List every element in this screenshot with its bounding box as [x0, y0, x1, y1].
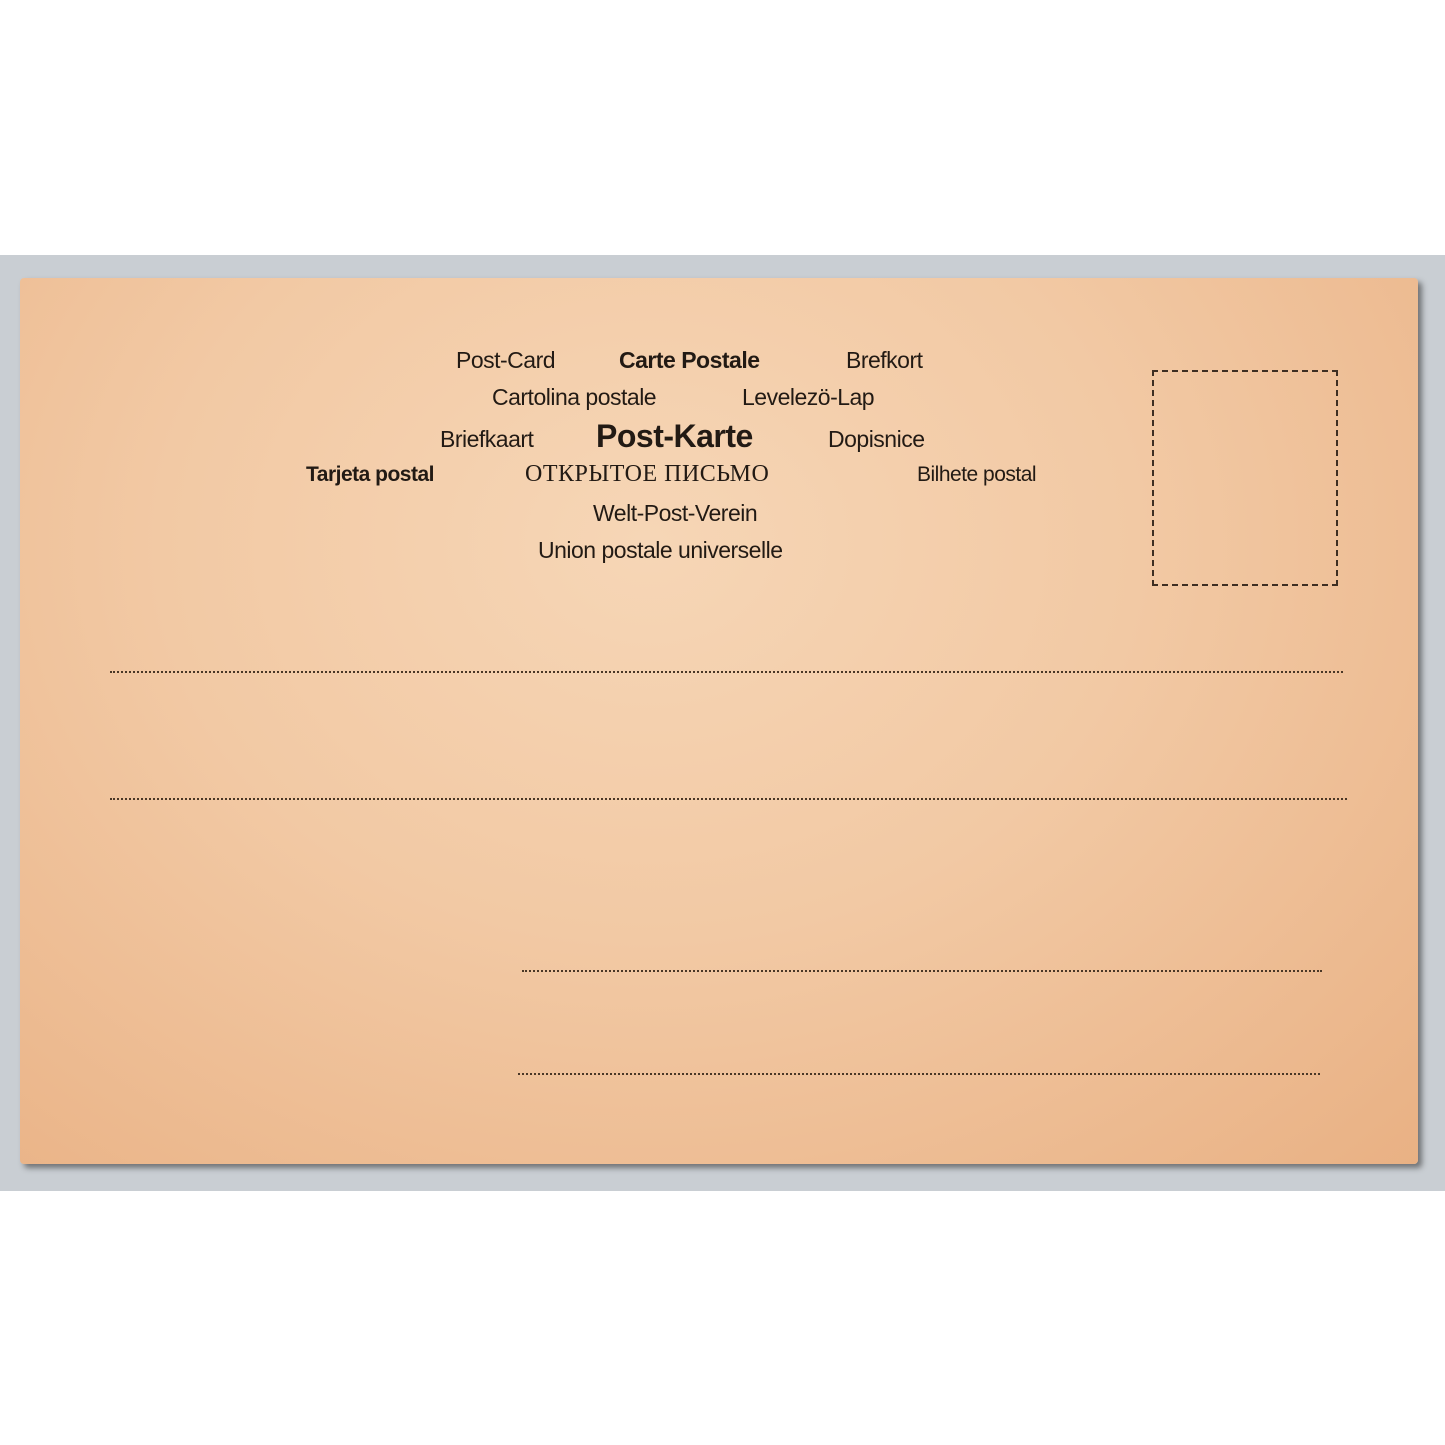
- address-line-2: [110, 798, 1347, 800]
- label-dopisnice: Dopisnice: [828, 426, 925, 453]
- label-union-postale: Union postale universelle: [538, 537, 783, 564]
- label-brefkort: Brefkort: [846, 347, 923, 374]
- address-line-4: [518, 1073, 1320, 1075]
- stamp-box: [1152, 370, 1338, 586]
- label-carte-postale: Carte Postale: [619, 347, 760, 374]
- address-line-3: [522, 970, 1322, 972]
- label-briefkaart: Briefkaart: [440, 426, 533, 453]
- label-levelezo-lap: Levelezö-Lap: [742, 384, 874, 411]
- label-post-card: Post-Card: [456, 347, 555, 374]
- label-otkrytoe-pismo: ОТКРЫТОЕ ПИСЬМО: [525, 461, 769, 488]
- label-bilhete-postal: Bilhete postal: [917, 463, 1036, 487]
- label-welt-post-verein: Welt-Post-Verein: [593, 500, 757, 527]
- label-cartolina-postale: Cartolina postale: [492, 384, 656, 411]
- label-post-karte: Post-Karte: [596, 418, 753, 455]
- address-line-1: [110, 671, 1343, 673]
- label-tarjeta-postal: Tarjeta postal: [306, 463, 434, 487]
